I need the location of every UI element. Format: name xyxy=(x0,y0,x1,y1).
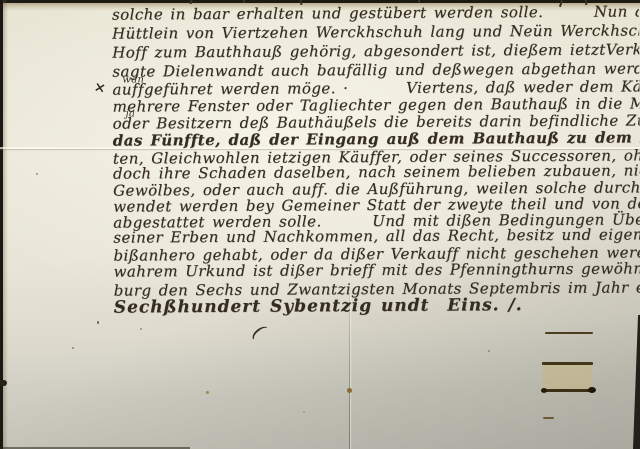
manuscript-line: wahrem Urkund ist dißer brieff mit des P… xyxy=(114,260,640,280)
paper-speck xyxy=(303,411,305,413)
manuscript-photo: × solche in baar erhalten und gestübert … xyxy=(0,0,640,449)
photo-edge-left-notch xyxy=(0,380,7,386)
ink-transfer-mark-3 xyxy=(542,389,594,392)
paper-speck xyxy=(206,391,209,394)
superscript-insertion: wan xyxy=(122,74,144,85)
manuscript-line: Hoff zum Bauthhauß gehörig, abgesondert … xyxy=(112,41,640,61)
handwritten-text-block: solche in baar erhalten und gestübert we… xyxy=(112,0,640,362)
paper-speck xyxy=(72,347,74,349)
manuscript-line: solche in baar erhalten und gestübert we… xyxy=(112,3,640,24)
ink-stain-patch xyxy=(542,364,592,391)
superscript-insertion: ja xyxy=(126,108,136,119)
manuscript-line: Hüttlein von Viertzehen Werckhschuh lang… xyxy=(112,22,640,43)
ink-dash-mark xyxy=(543,417,554,419)
ink-blot-left xyxy=(541,388,547,393)
ink-blot-right xyxy=(588,387,596,393)
paper-speck xyxy=(347,388,352,393)
manuscript-line: Sechßhundert Sybentzig undt Eins. /. xyxy=(114,297,523,316)
ink-transfer-mark-2 xyxy=(542,362,593,365)
paper-speck xyxy=(36,173,38,175)
paper-speck xyxy=(97,321,99,324)
